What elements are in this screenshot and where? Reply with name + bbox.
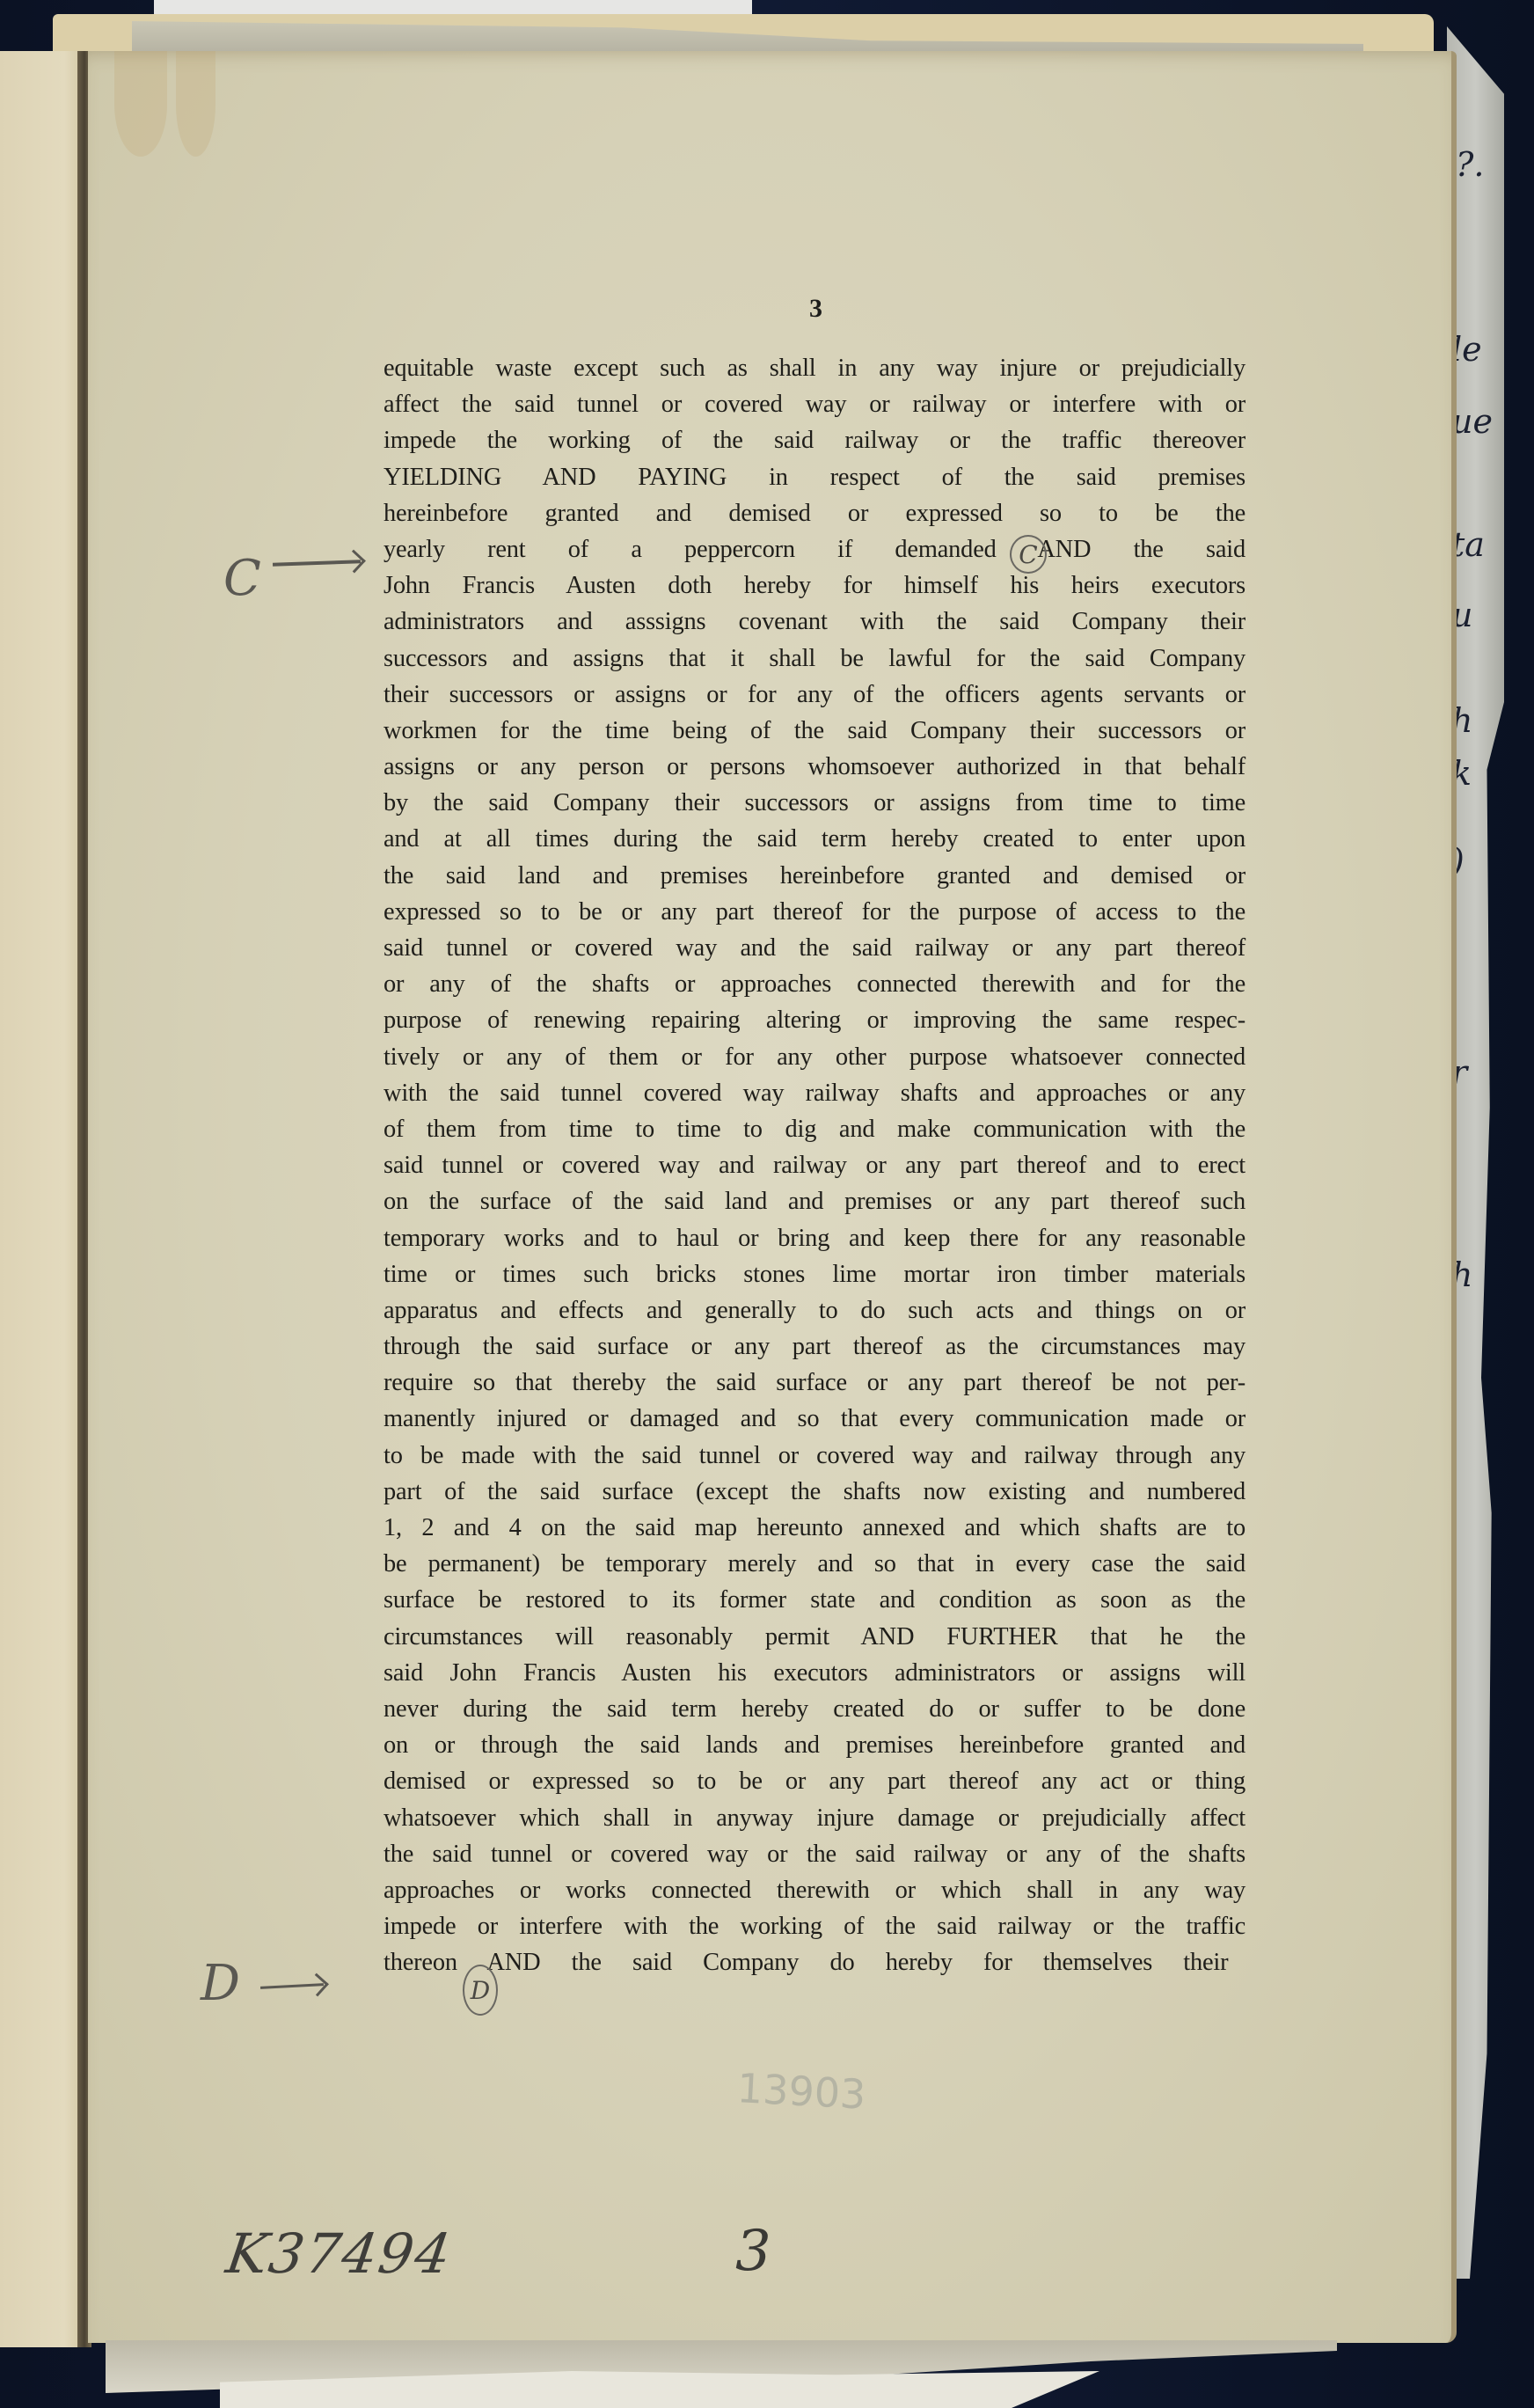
text-line: require so that thereby the said surface… — [383, 1365, 1245, 1401]
text-line: equitable waste except such as shall in … — [383, 350, 1245, 386]
circled-letter-d: D — [463, 1965, 498, 2016]
circled-c-text: C — [1019, 540, 1037, 569]
text-line: expressed so to be or any part thereof f… — [383, 894, 1245, 930]
text-line: circumstances will reasonably permit AND… — [383, 1619, 1245, 1655]
text-line: to be made with the said tunnel or cover… — [383, 1438, 1245, 1474]
text-line: part of the said surface (except the sha… — [383, 1474, 1245, 1510]
margin-letter-d: D — [201, 1955, 240, 2012]
text-line: on or through the said lands and premise… — [383, 1727, 1245, 1763]
text-line: of them from time to time to dig and mak… — [383, 1111, 1245, 1147]
text-line: YIELDING AND PAYING in respect of the sa… — [383, 459, 1245, 495]
text-line: workmen for the time being of the said C… — [383, 713, 1245, 749]
printed-page-number: 3 — [809, 294, 822, 324]
text-line: surface be restored to its former state … — [383, 1582, 1245, 1618]
circled-d-text: D — [471, 1976, 490, 2005]
text-line: whatsoever which shall in anyway injure … — [383, 1800, 1245, 1836]
text-line: assigns or any person or persons whomsoe… — [383, 749, 1245, 785]
text-line: impede the working of the said railway o… — [383, 422, 1245, 458]
text-line: the said tunnel or covered way or the sa… — [383, 1836, 1245, 1872]
text-line: temporary works and to haul or bring and… — [383, 1220, 1245, 1256]
text-line: the said land and premises hereinbefore … — [383, 858, 1245, 894]
text-line: or any of the shafts or approaches conne… — [383, 966, 1245, 1002]
text-line: through the said surface or any part the… — [383, 1328, 1245, 1365]
text-line: demised or expressed so to be or any par… — [383, 1763, 1245, 1799]
text-line: approaches or works connected therewith … — [383, 1872, 1245, 1908]
text-line: purpose of renewing repairing altering o… — [383, 1002, 1245, 1038]
text-line: said tunnel or covered way and railway o… — [383, 1147, 1245, 1183]
water-stain — [114, 51, 167, 157]
text-line: John Francis Austen doth hereby for hims… — [383, 567, 1245, 604]
edge-strip-mark: ue — [1451, 405, 1493, 438]
text-line: administrators and asssigns covenant wit… — [383, 604, 1245, 640]
text-line: apparatus and effects and generally to d… — [383, 1292, 1245, 1328]
water-stain — [176, 51, 215, 157]
text-line: their successors or assigns or for any o… — [383, 677, 1245, 713]
left-facing-page — [0, 51, 81, 2347]
text-line: yearly rent of a peppercorn if demanded … — [383, 531, 1245, 567]
text-line: said John Francis Austen his executors a… — [383, 1655, 1245, 1691]
circled-letter-c: C — [1010, 535, 1047, 574]
text-line: by the said Company their successors or … — [383, 785, 1245, 821]
text-line: with the said tunnel covered way railway… — [383, 1075, 1245, 1111]
text-line: never during the said term hereby create… — [383, 1691, 1245, 1727]
handwritten-folio-number: 3 — [735, 2219, 771, 2284]
text-line: time or times such bricks stones lime mo… — [383, 1256, 1245, 1292]
text-line: thereon AND the said Company do hereby f… — [383, 1944, 1228, 1980]
text-line: be permanent) be temporary merely and so… — [383, 1546, 1245, 1582]
document-body-text: equitable waste except such as shall in … — [383, 350, 1263, 1980]
text-line: manently injured or damaged and so that … — [383, 1401, 1245, 1437]
text-line: hereinbefore granted and demised or expr… — [383, 495, 1245, 531]
text-line: successors and assigns that it shall be … — [383, 640, 1245, 677]
faint-pencil-number: 13903 — [736, 2064, 867, 2119]
text-line: impede or interfere with the working of … — [383, 1908, 1245, 1944]
edge-strip-mark: ?. — [1456, 148, 1484, 181]
handwritten-catalog-number: K37494 — [223, 2221, 457, 2286]
text-line: affect the said tunnel or covered way or… — [383, 386, 1245, 422]
margin-letter-c: C — [223, 550, 261, 607]
text-line: and at all times during the said term he… — [383, 821, 1245, 857]
text-line: tively or any of them or for any other p… — [383, 1039, 1245, 1075]
text-line: 1, 2 and 4 on the said map hereunto anne… — [383, 1510, 1245, 1546]
text-line: on the surface of the said land and prem… — [383, 1183, 1245, 1219]
text-line: said tunnel or covered way and the said … — [383, 930, 1245, 966]
